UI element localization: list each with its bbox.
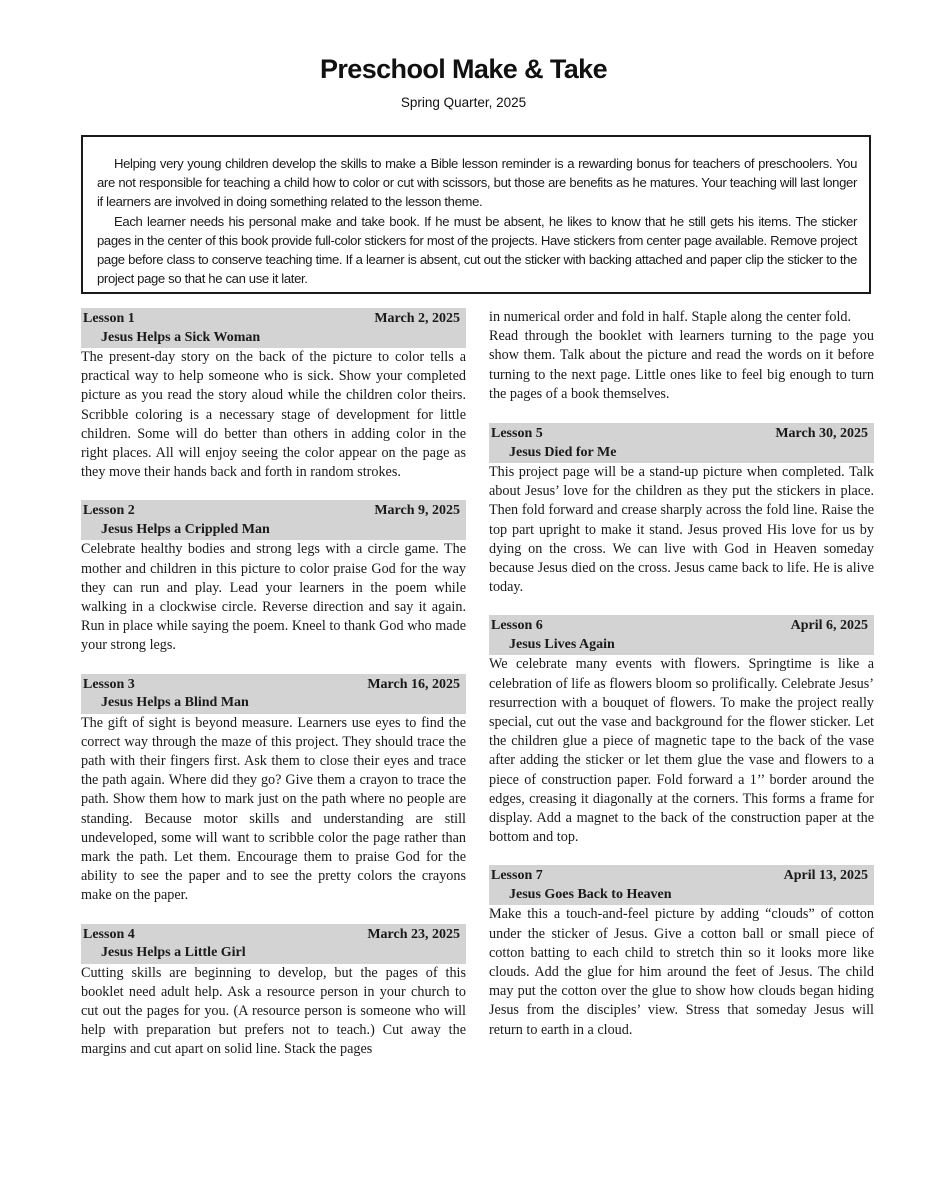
lesson-header: Lesson 3 March 16, 2025 Jesus Helps a Bl… xyxy=(81,674,466,714)
page-title: Preschool Make & Take xyxy=(0,54,927,85)
lesson-label: Lesson 4 xyxy=(83,926,135,945)
lesson-date: March 23, 2025 xyxy=(367,926,460,945)
lesson-title: Jesus Helps a Blind Man xyxy=(83,694,460,713)
lesson-title: Jesus Lives Again xyxy=(491,636,868,655)
lesson-header: Lesson 4 March 23, 2025 Jesus Helps a Li… xyxy=(81,924,466,964)
intro-paragraph: Helping very young children develop the … xyxy=(97,154,857,212)
lesson-body: We celebrate many events with flowers. S… xyxy=(489,655,874,847)
lesson-header: Lesson 7 April 13, 2025 Jesus Goes Back … xyxy=(489,865,874,905)
lesson-title: Jesus Helps a Sick Woman xyxy=(83,329,460,348)
lesson-body: The gift of sight is beyond measure. Lea… xyxy=(81,714,466,906)
lesson-body-continued: Read through the booklet with learners t… xyxy=(489,327,874,404)
lesson-date: March 30, 2025 xyxy=(775,425,868,444)
lesson-2: Lesson 2 March 9, 2025 Jesus Helps a Cri… xyxy=(81,500,466,655)
lesson-body-continued: in numerical order and fold in half. Sta… xyxy=(489,308,874,327)
lesson-date: March 9, 2025 xyxy=(374,502,460,521)
lesson-date: April 13, 2025 xyxy=(784,867,868,886)
lesson-label: Lesson 2 xyxy=(83,502,135,521)
lesson-6: Lesson 6 April 6, 2025 Jesus Lives Again… xyxy=(489,615,874,847)
lesson-3: Lesson 3 March 16, 2025 Jesus Helps a Bl… xyxy=(81,674,466,906)
lesson-title: Jesus Goes Back to Heaven xyxy=(491,886,868,905)
lesson-4-continued: in numerical order and fold in half. Sta… xyxy=(489,308,874,404)
lesson-title: Jesus Died for Me xyxy=(491,444,868,463)
lesson-date: March 16, 2025 xyxy=(367,676,460,695)
lesson-label: Lesson 6 xyxy=(491,617,543,636)
lesson-7: Lesson 7 April 13, 2025 Jesus Goes Back … xyxy=(489,865,874,1039)
lesson-body: Make this a touch-and-feel picture by ad… xyxy=(489,905,874,1039)
lesson-body: Celebrate healthy bodies and strong legs… xyxy=(81,540,466,655)
lesson-title: Jesus Helps a Crippled Man xyxy=(83,521,460,540)
intro-box: Helping very young children develop the … xyxy=(81,135,871,294)
right-column: in numerical order and fold in half. Sta… xyxy=(489,308,874,1058)
lesson-label: Lesson 3 xyxy=(83,676,135,695)
lesson-body: This project page will be a stand-up pic… xyxy=(489,463,874,597)
lesson-header: Lesson 6 April 6, 2025 Jesus Lives Again xyxy=(489,615,874,655)
page-subtitle: Spring Quarter, 2025 xyxy=(0,95,927,110)
lesson-header: Lesson 5 March 30, 2025 Jesus Died for M… xyxy=(489,423,874,463)
lesson-label: Lesson 1 xyxy=(83,310,135,329)
lesson-body: Cutting skills are beginning to develop,… xyxy=(81,964,466,1060)
lesson-date: March 2, 2025 xyxy=(374,310,460,329)
intro-paragraph: Each learner needs his personal make and… xyxy=(97,212,857,289)
lesson-date: April 6, 2025 xyxy=(791,617,868,636)
lesson-4: Lesson 4 March 23, 2025 Jesus Helps a Li… xyxy=(81,924,466,1060)
lesson-header: Lesson 1 March 2, 2025 Jesus Helps a Sic… xyxy=(81,308,466,348)
lesson-body: The present-day story on the back of the… xyxy=(81,348,466,482)
lesson-5: Lesson 5 March 30, 2025 Jesus Died for M… xyxy=(489,423,874,597)
lesson-1: Lesson 1 March 2, 2025 Jesus Helps a Sic… xyxy=(81,308,466,482)
lesson-label: Lesson 5 xyxy=(491,425,543,444)
left-column: Lesson 1 March 2, 2025 Jesus Helps a Sic… xyxy=(81,308,466,1078)
lesson-header: Lesson 2 March 9, 2025 Jesus Helps a Cri… xyxy=(81,500,466,540)
lesson-label: Lesson 7 xyxy=(491,867,543,886)
lesson-title: Jesus Helps a Little Girl xyxy=(83,944,460,963)
